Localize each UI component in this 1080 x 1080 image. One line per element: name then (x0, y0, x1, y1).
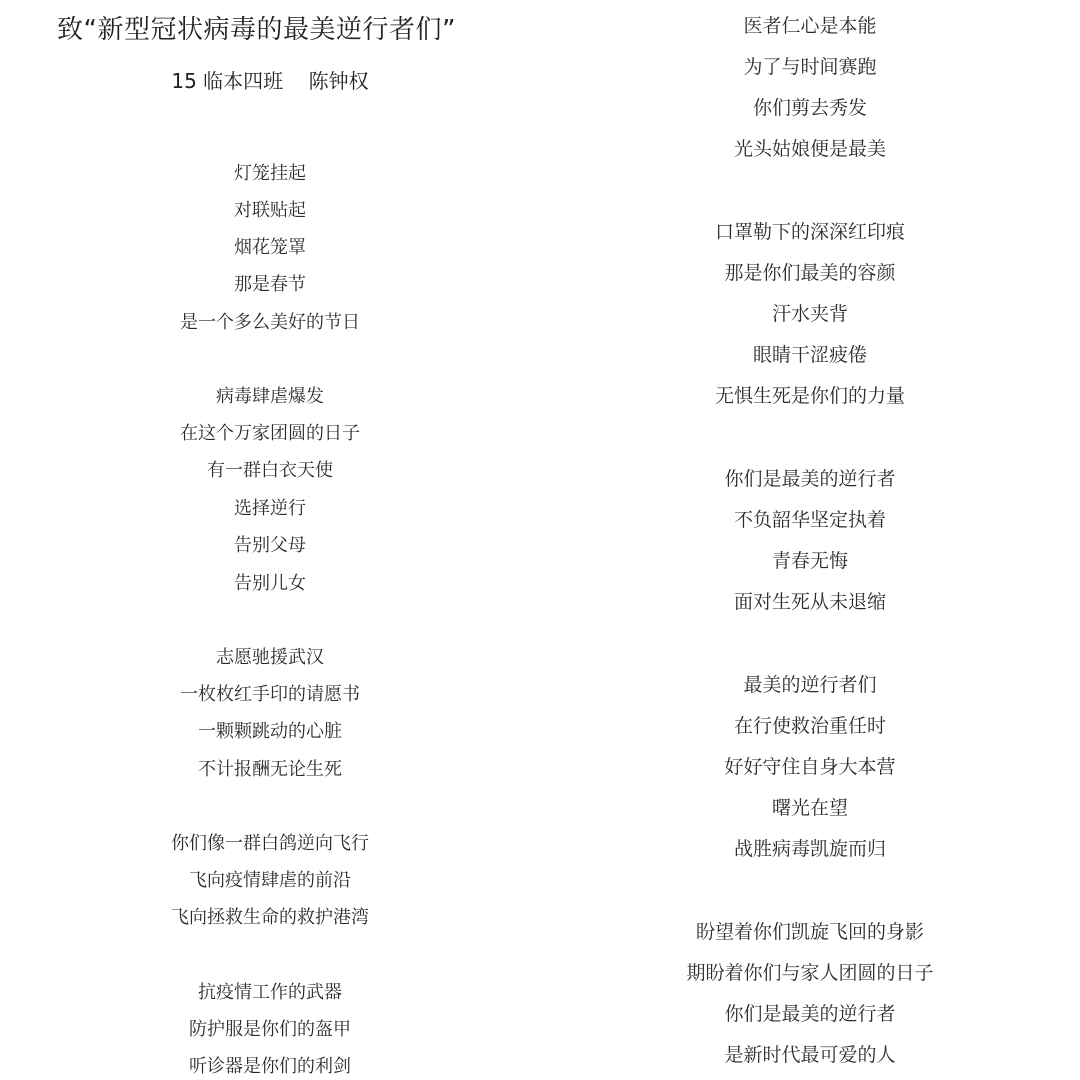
poem-line: 是一个多么美好的节日 (180, 311, 360, 335)
poem-line: 那是你们最美的容颜 (724, 261, 895, 285)
poem-line: 你们是最美的逆行者 (724, 1002, 895, 1026)
poem-line: 你们像一群白鸽逆向飞行 (171, 832, 369, 856)
poem-line: 抗疫情工作的武器 (198, 981, 342, 1005)
poem-line: 曙光在望 (772, 796, 848, 820)
poem-line: 青春无悔 (772, 549, 848, 573)
poem-line: 对联贴起 (234, 199, 306, 223)
poem-line: 飞向拯救生命的救护港湾 (171, 906, 369, 930)
poem-line: 飞向疫情肆虐的前沿 (189, 869, 351, 893)
poem-line: 不负韶华坚定执着 (734, 508, 886, 532)
poem-line: 好好守住自身大本营 (724, 755, 895, 779)
poem-line: 烟花笼罩 (234, 236, 306, 260)
poem-title: 致“新型冠状病毒的最美逆行者们” (57, 12, 456, 48)
poem-line: 病毒肆虐爆发 (216, 385, 324, 409)
poem-line: 盼望着你们凯旋飞回的身影 (696, 920, 924, 944)
poem-line: 灯笼挂起 (234, 162, 306, 186)
poem-line: 战胜病毒凯旋而归 (734, 837, 886, 861)
poem-line: 你们是最美的逆行者 (724, 467, 895, 491)
poem-line: 告别父母 (234, 534, 306, 558)
poem-line: 最美的逆行者们 (743, 673, 876, 697)
poem-line: 汗水夹背 (772, 302, 848, 326)
poem-line: 不计报酬无论生死 (198, 758, 342, 782)
poem-line: 无惧生死是你们的力量 (715, 384, 905, 408)
poem-line: 防护服是你们的盔甲 (189, 1018, 351, 1042)
poem-line: 口罩勒下的深深红印痕 (715, 220, 905, 244)
poem-line: 听诊器是你们的利剑 (189, 1055, 351, 1079)
poem-line: 眼睛干涩疲倦 (753, 343, 867, 367)
poem-line: 医者仁心是本能 (743, 14, 876, 38)
poem-line: 面对生死从未退缩 (734, 590, 886, 614)
poem-line: 志愿驰援武汉 (216, 646, 324, 670)
poem-line: 选择逆行 (234, 497, 306, 521)
poem-line: 一枚枚红手印的请愿书 (180, 683, 360, 707)
poem-line: 光头姑娘便是最美 (734, 137, 886, 161)
poem-line: 有一群白衣天使 (207, 459, 333, 483)
author-line: 15 临本四班 陈钟权 (0, 66, 540, 96)
poem-line: 在行使救治重任时 (734, 714, 886, 738)
poem-line: 那是春节 (234, 273, 306, 297)
poem-line: 一颗颗跳动的心脏 (198, 720, 342, 744)
poem-line: 你们剪去秀发 (753, 96, 867, 120)
poem-line: 告别儿女 (234, 572, 306, 596)
poem-line: 在这个万家团圆的日子 (180, 422, 360, 446)
poem-line: 是新时代最可爱的人 (724, 1043, 895, 1067)
poem-line: 期盼着你们与家人团圆的日子 (686, 961, 933, 985)
poem-line: 为了与时间赛跑 (743, 55, 876, 79)
